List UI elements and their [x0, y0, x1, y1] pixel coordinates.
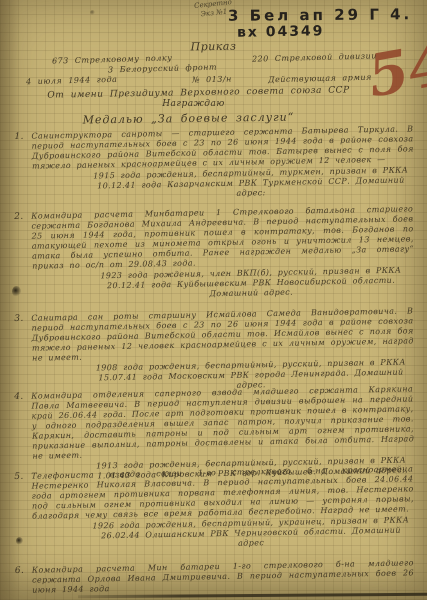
award-name: Медалью „За боевые заслуги“ [0, 109, 377, 127]
front-name: 3 Белорусский фронт [108, 63, 217, 75]
entry-number: 1. [14, 132, 24, 142]
entry-details: 1923 года рождения, член ВКП(б), русский… [32, 265, 415, 302]
award-verb: Награждаю [0, 99, 387, 109]
ink-blot [90, 10, 95, 15]
entry-number: 3. [14, 314, 24, 324]
division-name: 220 Стрелковой дивизии [252, 51, 377, 63]
award-entry-1: 1.Санинструктора санроты — старшего серж… [31, 124, 414, 202]
scanned-order-page: 3 Бел ап 29 Г 4. вх 04349 Секретно Экз №… [0, 0, 427, 600]
entry-number: 5. [14, 472, 24, 482]
entry-text: Санитара сан роты старшину Исмайлова Сам… [31, 306, 414, 362]
entry-text: Телефониста взвода связи 1-го стрелковог… [31, 464, 414, 520]
army-label: Действующая армия [268, 73, 372, 85]
entry-text: Командира отделения саперного взвода мла… [31, 384, 414, 460]
award-entry-6: 6.Командира расчета Мин батареи 1-го стр… [32, 558, 415, 596]
entry-text: Санинструктора санроты — старшего сержан… [31, 124, 413, 170]
entry-text: Командира расчета Мин батареи 1-го стрел… [32, 558, 414, 594]
entry-number: 4. [14, 392, 24, 402]
entry-details: 1915 года рождения, беспартийный, туркме… [32, 165, 415, 202]
order-number: № 013/н [192, 74, 232, 84]
entry-number: 6. [15, 566, 25, 576]
page-left-shadow [0, 0, 20, 600]
order-date: 4 июля 1944 года [26, 75, 118, 86]
entry-text: Командира расчета Минбатареи 1 Стрелково… [31, 204, 414, 270]
entry-number: 2. [14, 212, 24, 222]
ink-blot [12, 286, 21, 297]
entry-details: 1926 года рождения, беспартийный, украин… [32, 515, 415, 552]
award-entry-3: 3.Санитара сан роты старшину Исмайлова С… [31, 306, 414, 394]
award-entry-5: 5.Телефониста взвода связи 1-го стрелков… [31, 464, 414, 552]
ink-blot [16, 537, 23, 545]
award-entry-2: 2.Командира расчета Минбатареи 1 Стрелко… [31, 204, 415, 302]
